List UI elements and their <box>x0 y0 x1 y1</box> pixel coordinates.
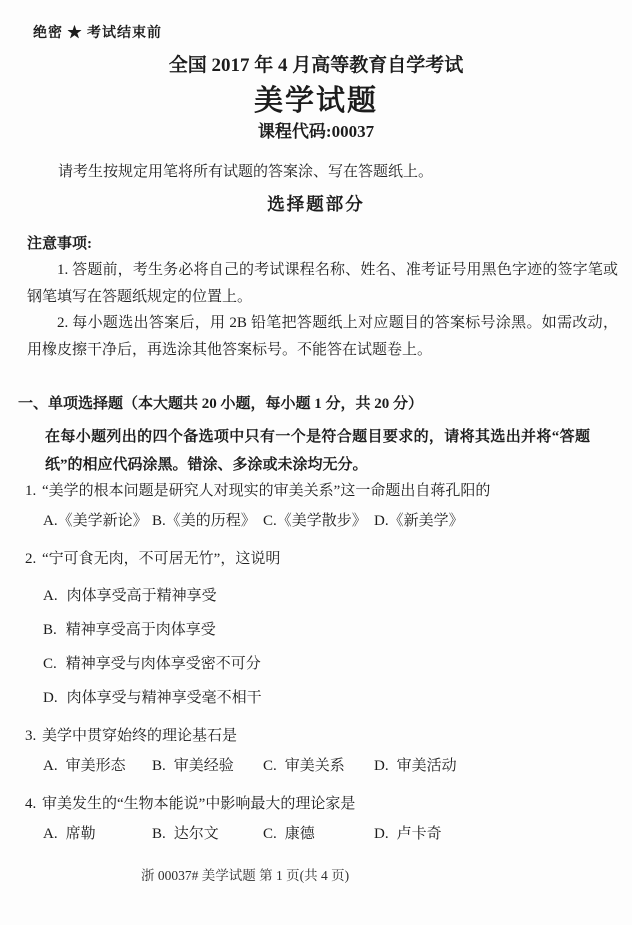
option-label: C. <box>43 656 57 672</box>
question-2-option-d: D.肉体享受与精神享受毫不相干 <box>43 688 612 708</box>
option-label: A. <box>43 826 58 842</box>
option-text: 精神享受与肉体享受密不可分 <box>66 656 261 672</box>
option-label: B. <box>152 826 166 842</box>
option-label: B. <box>43 622 57 638</box>
option-label: C. <box>263 758 277 774</box>
question-4-number: 4. <box>25 794 42 814</box>
subject-title: 美学试题 <box>0 78 632 119</box>
question-4-option-d: D.卢卡奇 <box>374 824 612 844</box>
option-label: D. <box>43 690 58 706</box>
question-1-stem: “美学的根本问题是研究人对现实的审美关系”这一命题出自蒋孔阳的 <box>42 483 490 499</box>
question-3-number: 3. <box>25 726 42 746</box>
notes-heading: 注意事项: <box>27 232 618 257</box>
option-text: 达尔文 <box>174 826 219 842</box>
question-1-number: 1. <box>25 481 42 501</box>
option-text: 审美活动 <box>397 758 457 774</box>
answer-sheet-instruction: 请考生按规定用笔将所有试题的答案涂、写在答题纸上。 <box>58 160 433 181</box>
section-one-block: 一、单项选择题（本大题共 20 小题，每小题 1 分，共 20 分） 在每小题列… <box>18 394 602 479</box>
question-2-option-c: C.精神享受与肉体享受密不可分 <box>43 654 612 674</box>
option-label: A. <box>43 588 58 604</box>
option-label: D. <box>374 826 389 842</box>
question-2: 2.“宁可食无肉，不可居无竹”，这说明 A.肉体享受高于精神享受 B.精神享受高… <box>25 549 612 708</box>
option-label: A. <box>43 513 58 529</box>
question-1-option-c: C.《美学散步》 <box>263 511 374 531</box>
question-3-options: A.审美形态 B.审美经验 C.审美关系 D.审美活动 <box>43 756 612 776</box>
option-label: C. <box>263 826 277 842</box>
option-label: D. <box>374 758 389 774</box>
question-3-stem: 美学中贯穿始终的理论基石是 <box>42 728 237 744</box>
option-text: 康德 <box>285 826 315 842</box>
note-item-2: 2. 每小题选出答案后，用 2B 铅笔把答题纸上对应题目的答案标号涂黑。如需改动… <box>27 310 618 363</box>
question-4: 4.审美发生的“生物本能说”中影响最大的理论家是 A.席勒 B.达尔文 C.康德… <box>25 794 612 844</box>
question-2-options: A.肉体享受高于精神享受 B.精神享受高于肉体享受 C.精神享受与肉体享受密不可… <box>43 586 612 708</box>
section-header: 选择题部分 <box>0 191 632 216</box>
section-one-heading: 一、单项选择题（本大题共 20 小题，每小题 1 分，共 20 分） <box>18 394 602 414</box>
option-text: 卢卡奇 <box>397 826 442 842</box>
option-text: 精神享受高于肉体享受 <box>66 622 216 638</box>
section-one-instruction: 在每小题列出的四个备选项中只有一个是符合题目要求的，请将其选出并将“答题纸”的相… <box>45 423 590 479</box>
question-1-line: 1.“美学的根本问题是研究人对现实的审美关系”这一命题出自蒋孔阳的 <box>25 481 612 501</box>
option-label: A. <box>43 758 58 774</box>
option-text: 肉体享受与精神享受毫不相干 <box>67 690 262 706</box>
option-text: 审美形态 <box>66 758 126 774</box>
page-footer: 浙 00037# 美学试题 第 1 页(共 4 页) <box>141 864 349 884</box>
question-1-options: A.《美学新论》 B.《美的历程》 C.《美学散步》 D.《新美学》 <box>43 511 612 531</box>
question-2-number: 2. <box>25 549 42 569</box>
question-3-option-a: A.审美形态 <box>43 756 152 776</box>
question-2-option-a: A.肉体享受高于精神享受 <box>43 586 612 606</box>
question-1: 1.“美学的根本问题是研究人对现实的审美关系”这一命题出自蒋孔阳的 A.《美学新… <box>25 481 612 531</box>
question-3-line: 3.美学中贯穿始终的理论基石是 <box>25 726 612 746</box>
option-label: B. <box>152 758 166 774</box>
option-text: 肉体享受高于精神享受 <box>67 588 217 604</box>
question-4-options: A.席勒 B.达尔文 C.康德 D.卢卡奇 <box>43 824 612 844</box>
exam-paper-page: 绝密 ★ 考试结束前 全国 2017 年 4 月高等教育自学考试 美学试题 课程… <box>0 0 632 925</box>
question-4-option-b: B.达尔文 <box>152 824 263 844</box>
option-text: 审美经验 <box>174 758 234 774</box>
question-3-option-b: B.审美经验 <box>152 756 263 776</box>
question-4-line: 4.审美发生的“生物本能说”中影响最大的理论家是 <box>25 794 612 814</box>
option-text: 审美关系 <box>285 758 345 774</box>
exam-title: 全国 2017 年 4 月高等教育自学考试 <box>0 50 632 77</box>
question-2-option-b: B.精神享受高于肉体享受 <box>43 620 612 640</box>
question-1-option-d: D.《新美学》 <box>374 511 612 531</box>
option-text: 《美的历程》 <box>166 513 256 529</box>
question-1-option-b: B.《美的历程》 <box>152 511 263 531</box>
option-text: 《新美学》 <box>389 513 464 529</box>
question-3-option-c: C.审美关系 <box>263 756 374 776</box>
notes-block: 注意事项: 1. 答题前，考生务必将自己的考试课程名称、姓名、准考证号用黑色字迹… <box>27 232 618 363</box>
option-text: 《美学散步》 <box>277 513 367 529</box>
question-2-line: 2.“宁可食无肉，不可居无竹”，这说明 <box>25 549 612 569</box>
question-3: 3.美学中贯穿始终的理论基石是 A.审美形态 B.审美经验 C.审美关系 D.审… <box>25 726 612 776</box>
question-4-stem: 审美发生的“生物本能说”中影响最大的理论家是 <box>42 796 355 812</box>
course-code: 课程代码:00037 <box>0 117 632 142</box>
question-4-option-c: C.康德 <box>263 824 374 844</box>
question-3-option-d: D.审美活动 <box>374 756 612 776</box>
question-1-option-a: A.《美学新论》 <box>43 511 152 531</box>
questions-list: 1.“美学的根本问题是研究人对现实的审美关系”这一命题出自蒋孔阳的 A.《美学新… <box>25 481 612 844</box>
question-4-option-a: A.席勒 <box>43 824 152 844</box>
option-text: 《美学新论》 <box>58 513 148 529</box>
option-label: D. <box>374 513 389 529</box>
option-text: 席勒 <box>66 826 96 842</box>
option-label: B. <box>152 513 166 529</box>
security-classification: 绝密 ★ 考试结束前 <box>33 22 162 42</box>
note-item-1: 1. 答题前，考生务必将自己的考试课程名称、姓名、准考证号用黑色字迹的签字笔或钢… <box>27 257 618 310</box>
question-2-stem: “宁可食无肉，不可居无竹”，这说明 <box>42 551 280 567</box>
option-label: C. <box>263 513 277 529</box>
